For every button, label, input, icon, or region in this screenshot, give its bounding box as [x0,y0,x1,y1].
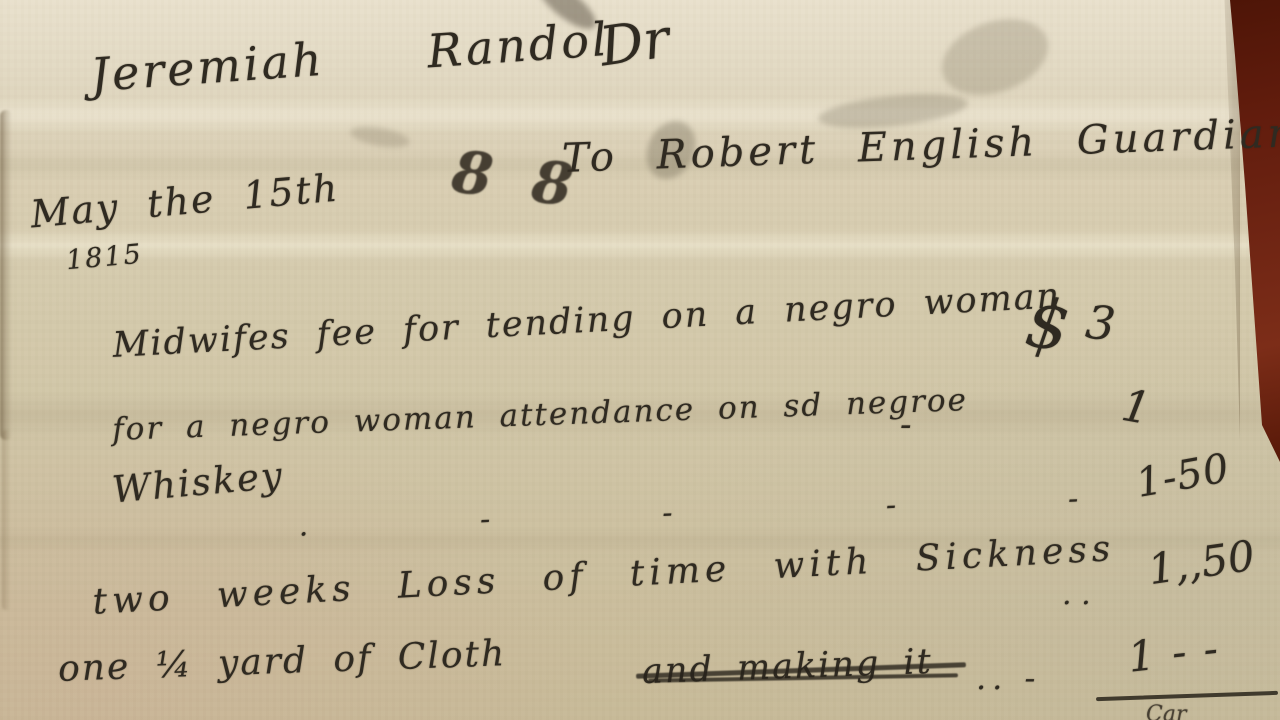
entry-description: for a negro woman attendance on sd negro… [112,385,969,446]
document-photo: Jeremiah Randol Dr To Robert English Gua… [0,0,1280,720]
bleedthrough-marks: 8 8 [449,142,586,216]
debtor-name: Jeremiah Randol [89,16,611,98]
date-year: 1815 [65,241,144,275]
sum-underline [1096,691,1278,701]
entry-description: one ¼ yard of Cloth [58,636,507,688]
partial-bottom-text: Car [1146,704,1186,720]
entry-amount: 1,,50 [1146,535,1258,591]
ink-smudge [931,5,1058,108]
ink-smudge [349,123,411,151]
entry-amount: 3 [1084,299,1118,348]
entry-description: Midwifes fee for tending on a negro woma… [112,279,1062,364]
entry-amount: 1 - - [1126,627,1222,678]
entry-leader: . . [1062,580,1091,610]
entry-amount: 1 [1118,384,1153,432]
entry-description: Whiskey [111,457,285,509]
entry-leader: - [900,408,912,442]
paper-fold-band [0,228,1280,262]
torn-paper-edge [0,110,12,440]
debtor-abbreviation: Dr [597,11,673,74]
entry-description: two weeks Loss of time with Sickness [92,531,1116,621]
entry-leader: .. - [976,662,1041,694]
dollar-sign: $ [1021,289,1073,362]
date-line: May the 15th [29,169,341,234]
creditor-line: To Robert English Guardian [562,113,1280,179]
torn-paper-edge [2,430,10,610]
